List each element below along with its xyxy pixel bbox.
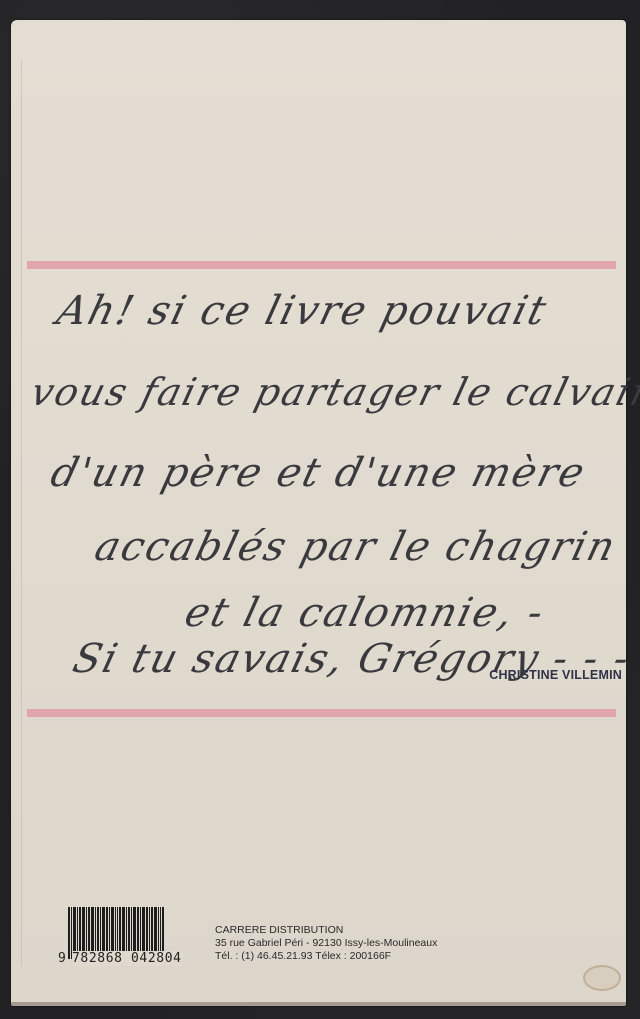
publisher-info: CARRERE DISTRIBUTION 35 rue Gabriel Péri… — [215, 924, 437, 963]
pink-rule-top — [27, 261, 616, 269]
cover-stain — [583, 965, 621, 991]
handwriting-line: d'un père et d'une mère — [46, 450, 590, 496]
publisher-name: CARRERE DISTRIBUTION — [215, 924, 437, 937]
publisher-contact: Tél. : (1) 46.45.21.93 Télex : 200166F — [215, 950, 437, 963]
barcode-number: 782868 042804 — [72, 951, 182, 966]
handwriting-line: vous faire partager le calvaire — [27, 370, 640, 414]
barcode-prefix-digit: 9 — [58, 951, 66, 966]
cover-bottom-edge — [11, 1002, 626, 1006]
handwriting-line: accablés par le chagrin — [90, 524, 621, 570]
publisher-address: 35 rue Gabriel Péri - 92130 Issy-les-Mou… — [215, 937, 437, 950]
handwriting-line: et la calomnie, - — [180, 590, 550, 636]
book-back-cover — [11, 20, 626, 1006]
isbn-barcode: 9 782868 042804 — [60, 907, 200, 967]
handwriting-line: Ah! si ce livre pouvait — [52, 288, 552, 334]
author-name: CHRISTINE VILLEMIN — [489, 668, 622, 682]
pink-rule-bottom — [27, 709, 616, 717]
barcode-bars — [68, 907, 196, 955]
